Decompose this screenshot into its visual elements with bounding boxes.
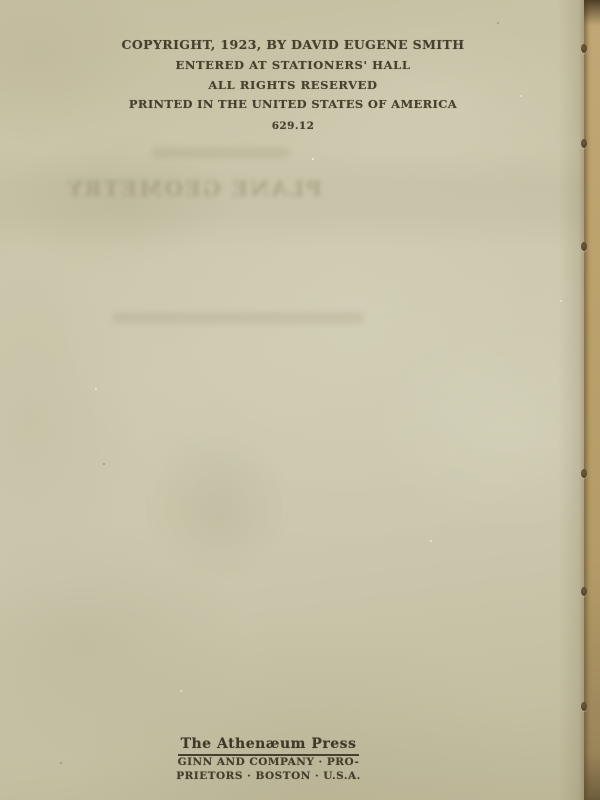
book-gutter-edge [584,0,600,800]
stitch-dot [581,44,587,53]
stitch-dot [581,469,587,478]
stitch-dot [581,139,587,148]
publisher-line: PRIETORS · BOSTON · U.S.A. [0,770,537,782]
rights-reserved-line: ALL RIGHTS RESERVED [0,78,586,92]
copyright-line: COPYRIGHT, 1923, BY DAVID EUGENE SMITH [0,37,586,52]
gutter-notch [584,0,600,26]
stitch-dot [581,702,587,711]
stationers-hall-line: ENTERED AT STATIONERS' HALL [0,58,586,72]
stitch-dot [581,242,587,251]
dust-speck [312,158,314,160]
stitch-dot [581,587,587,596]
book-copyright-page-photo: PLANE GEOMETRY COPYRIGHT, 1923, BY DAVID… [0,0,600,800]
publisher-line: GINN AND COMPANY · PRO- [0,756,537,768]
show-through-smudge [152,147,290,158]
show-through-smudge [112,312,364,324]
catalog-number: 629.12 [0,120,586,132]
press-name-line: The Athenæum Press [0,733,537,756]
press-name: The Athenæum Press [178,736,360,756]
show-through-smudge [148,430,288,580]
printed-in-usa-line: PRINTED IN THE UNITED STATES OF AMERICA [0,97,586,111]
show-through-title-mirrored: PLANE GEOMETRY [58,176,330,201]
